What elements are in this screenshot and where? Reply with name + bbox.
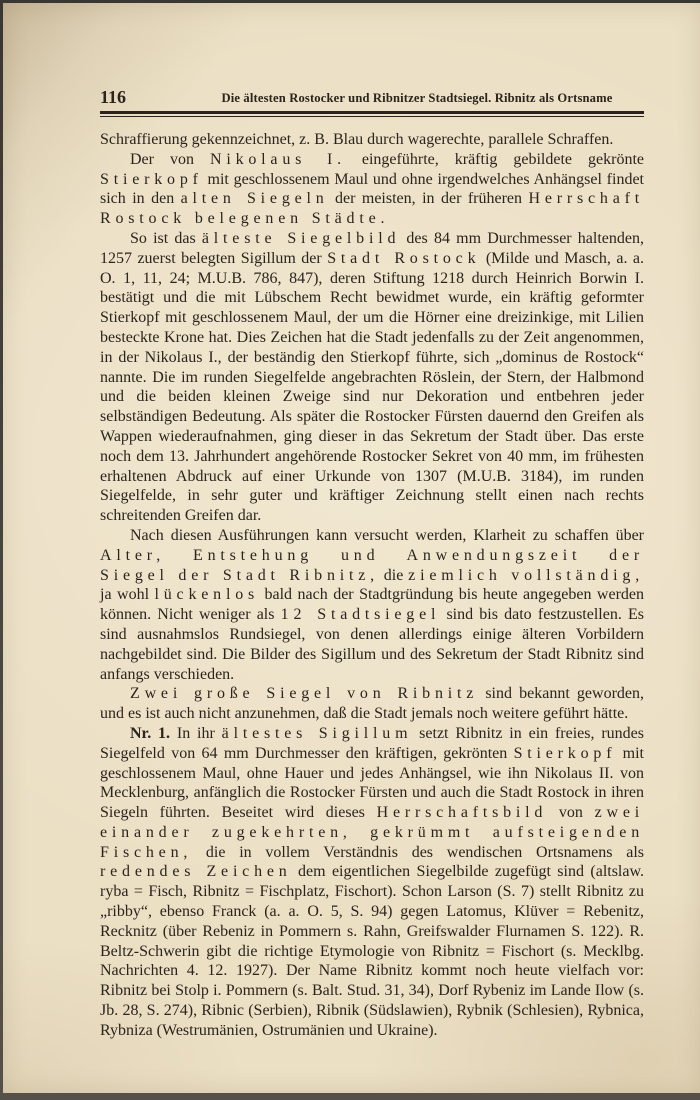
header-rule-thick — [100, 111, 644, 114]
letterspaced-emphasis: lückenlos — [155, 586, 260, 603]
page-header: 116 Die ältesten Rostocker und Ribnitzer… — [100, 87, 644, 108]
page-number: 116 — [100, 87, 190, 108]
letterspaced-emphasis: Zwei große Siegel von Ribnitz — [130, 685, 478, 702]
letterspaced-emphasis: Stadt Rostock — [327, 250, 480, 267]
text-run: (Milde und Masch, a. a. O. 1, 11, 24; M.… — [100, 250, 644, 524]
text-run: der meisten, in der früheren — [329, 190, 529, 207]
text-run: die in vollem Verständnis des wendischen… — [192, 844, 644, 861]
letterspaced-emphasis: Stierkopf — [100, 171, 203, 188]
scanned-page: 116 Die ältesten Rostocker und Ribnitzer… — [0, 0, 700, 1100]
text-run: dem eigentlichen Siegelbilde zugefügt si… — [100, 863, 644, 1038]
text-run: Nach diesen Ausführungen kann versucht w… — [130, 527, 644, 544]
paragraph: Nach diesen Ausführungen kann versucht w… — [100, 526, 644, 684]
paragraph: Schraffierung gekennzeichnet, z. B. Blau… — [100, 130, 644, 150]
paragraph: Nr. 1. In ihr ältestes Sigillum setzt Ri… — [100, 724, 644, 1041]
paragraph: Der von Nikolaus I. eingeführte, kräftig… — [100, 150, 644, 229]
body-text: Schraffierung gekennzeichnet, z. B. Blau… — [100, 130, 644, 1041]
text-run: eingeführte, kräftig gebildete gekrönte — [346, 151, 644, 168]
text-run: Schraffierung gekennzeichnet, z. B. Blau… — [100, 131, 613, 148]
letterspaced-emphasis: Herrschaftsbild — [377, 804, 548, 821]
letterspaced-emphasis: redendes Zeichen — [100, 863, 292, 880]
bold-lead-in: Nr. 1. — [130, 725, 170, 742]
text-run: die — [379, 567, 408, 584]
letterspaced-emphasis: ziemlich vollständig, — [408, 567, 644, 584]
paragraph: Zwei große Siegel von Ribnitz sind bekan… — [100, 684, 644, 724]
letterspaced-emphasis: älteste Siegelbild — [202, 230, 400, 247]
header-rule-thin — [100, 116, 644, 117]
letterspaced-emphasis: Stierkopf — [514, 745, 617, 762]
text-run: In ihr — [170, 725, 222, 742]
text-block: 116 Die ältesten Rostocker und Ribnitzer… — [100, 87, 644, 1041]
letterspaced-emphasis: Nikolaus I. — [210, 151, 346, 168]
letterspaced-emphasis: alten Siegeln — [181, 190, 329, 207]
letterspaced-emphasis: ältestes Sigillum — [222, 725, 413, 742]
letterspaced-emphasis: 12 Stadtsiegel — [281, 606, 441, 623]
text-run: ja wohl — [100, 586, 155, 603]
running-title: Die ältesten Rostocker und Ribnitzer Sta… — [190, 91, 644, 108]
text-run: So ist das — [130, 230, 202, 247]
paragraph: So ist das älteste Siegelbild des 84 mm … — [100, 229, 644, 526]
text-run: Der von — [130, 151, 210, 168]
paper-sheet: 116 Die ältesten Rostocker und Ribnitzer… — [3, 3, 700, 1093]
text-run: von — [547, 804, 594, 821]
